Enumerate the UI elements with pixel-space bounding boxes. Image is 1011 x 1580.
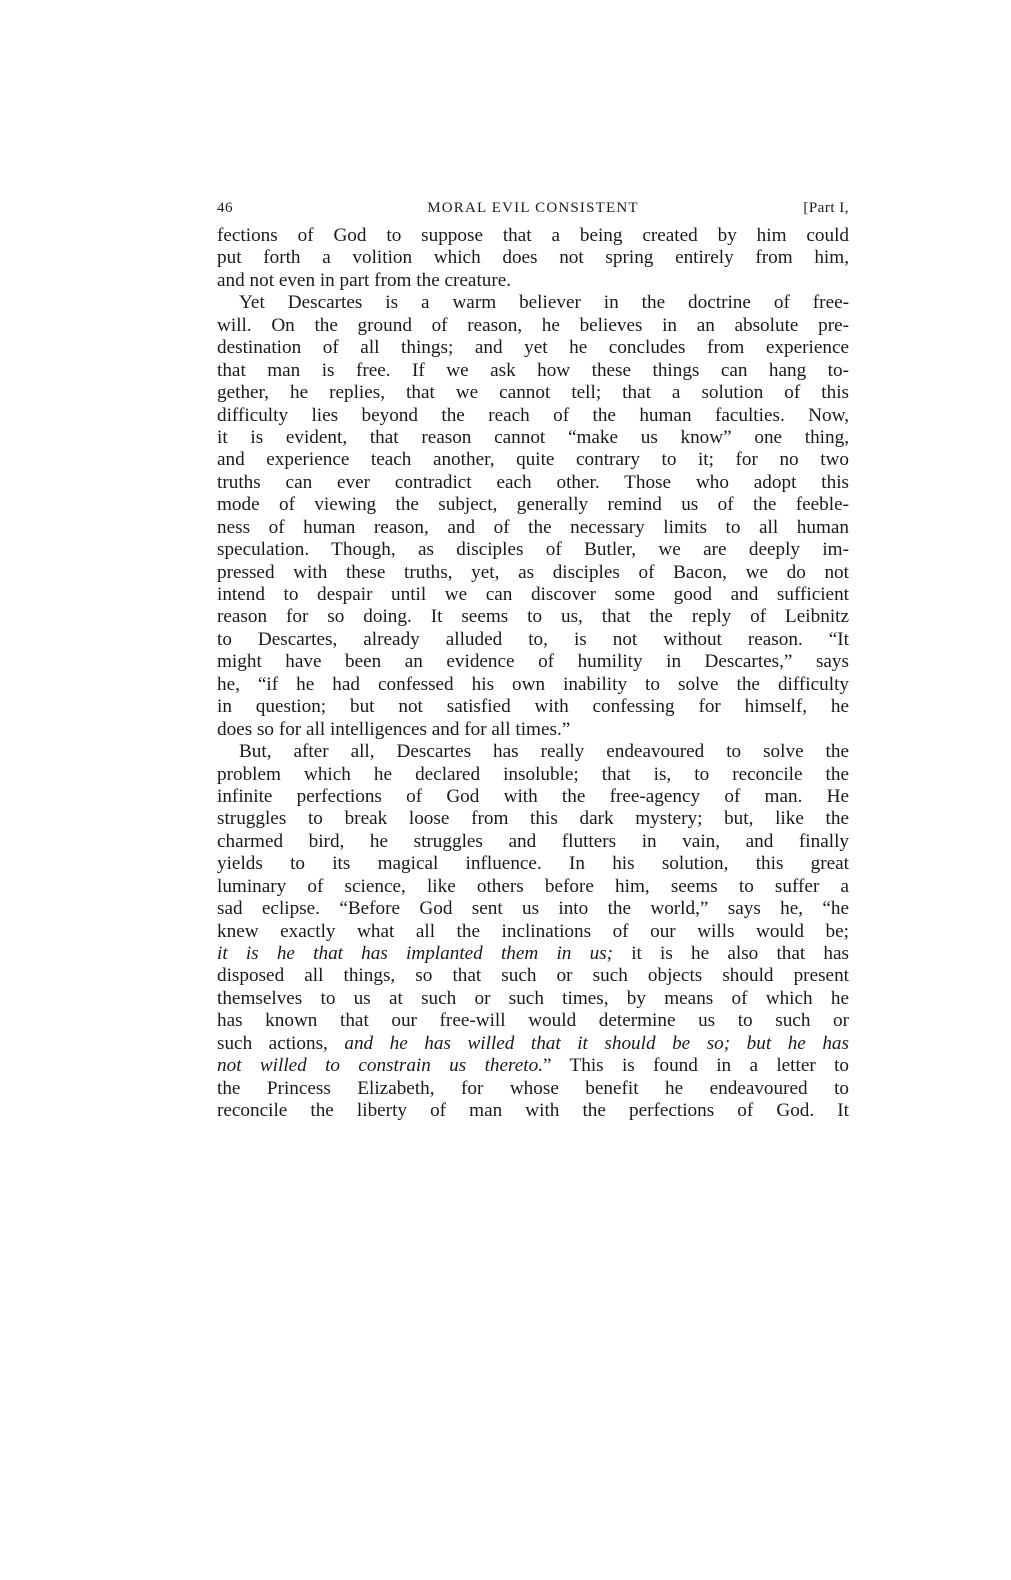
text-line: the Princess Elizabeth, for whose benefi… <box>217 1078 849 1100</box>
running-head: 46 MORAL EVIL CONSISTENT [Part I, <box>217 200 849 222</box>
text-segment: mode of viewing the subject, generally r… <box>217 494 849 515</box>
text-line: does so for all intelligences and for al… <box>217 719 849 741</box>
text-line: has known that our free-will would deter… <box>217 1010 849 1032</box>
text-line: such actions, and he has willed that it … <box>217 1033 849 1055</box>
text-line: themselves to us at such or such times, … <box>217 988 849 1010</box>
text-segment: ” This is found in a letter to <box>543 1055 849 1076</box>
text-line: and not even in part from the creature. <box>217 270 849 292</box>
text-line: truths can ever contradict each other. T… <box>217 472 849 494</box>
text-segment: in question; but not satisfied with conf… <box>217 696 849 717</box>
text-segment: it is evident, that reason cannot “make … <box>217 427 849 448</box>
text-line: infinite perfections of God with the fre… <box>217 786 849 808</box>
text-line: difficulty lies beyond the reach of the … <box>217 405 849 427</box>
text-line: not willed to constrain us thereto.” Thi… <box>217 1055 849 1077</box>
running-title: MORAL EVIL CONSISTENT <box>217 200 849 217</box>
text-segment: difficulty lies beyond the reach of the … <box>217 405 849 426</box>
text-line: destination of all things; and yet he co… <box>217 337 849 359</box>
text-segment: might have been an evidence of humility … <box>217 651 849 672</box>
text-segment: reconcile the liberty of man with the pe… <box>217 1100 849 1121</box>
text-segment: that man is free. If we ask how these th… <box>217 360 849 381</box>
text-segment: gether, he replies, that we cannot tell;… <box>217 382 849 403</box>
text-line: speculation. Though, as disciples of But… <box>217 539 849 561</box>
text-segment: Yet Descartes is a warm believer in the … <box>239 292 849 313</box>
text-line: to Descartes, already alluded to, is not… <box>217 629 849 651</box>
text-segment: truths can ever contradict each other. T… <box>217 472 849 493</box>
text-segment: struggles to break loose from this dark … <box>217 808 849 829</box>
text-segment: themselves to us at such or such times, … <box>217 988 849 1009</box>
text-segment: will. On the ground of reason, he believ… <box>217 315 849 336</box>
text-segment: fections of God to suppose that a being … <box>217 225 849 246</box>
text-segment: intend to despair until we can discover … <box>217 584 849 605</box>
text-line: charmed bird, he struggles and flutters … <box>217 831 849 853</box>
text-line: yields to its magical influence. In his … <box>217 853 849 875</box>
text-segment: charmed bird, he struggles and flutters … <box>217 831 849 852</box>
text-segment: ness of human reason, and of the necessa… <box>217 517 849 538</box>
text-line: will. On the ground of reason, he believ… <box>217 315 849 337</box>
text-line: might have been an evidence of humility … <box>217 651 849 673</box>
text-segment: disposed all things, so that such or suc… <box>217 965 849 986</box>
text-segment: and experience teach another, quite cont… <box>217 449 849 470</box>
text-segment: speculation. Though, as disciples of But… <box>217 539 849 560</box>
text-line: struggles to break loose from this dark … <box>217 808 849 830</box>
text-line: knew exactly what all the inclinations o… <box>217 921 849 943</box>
text-segment: put forth a volition which does not spri… <box>217 247 849 268</box>
text-segment: has known that our free-will would deter… <box>217 1010 849 1031</box>
text-segment: luminary of science, like others before … <box>217 876 849 897</box>
text-segment: destination of all things; and yet he co… <box>217 337 849 358</box>
text-segment: to Descartes, already alluded to, is not… <box>217 629 849 650</box>
text-segment: and not even in part from the creature. <box>217 270 511 291</box>
text-line: pressed with these truths, yet, as disci… <box>217 562 849 584</box>
text-line: luminary of science, like others before … <box>217 876 849 898</box>
text-line: mode of viewing the subject, generally r… <box>217 494 849 516</box>
text-line: gether, he replies, that we cannot tell;… <box>217 382 849 404</box>
text-segment: the Princess Elizabeth, for whose benefi… <box>217 1078 849 1099</box>
text-segment: yields to its magical influence. In his … <box>217 853 849 874</box>
text-segment: infinite perfections of God with the fre… <box>217 786 849 807</box>
text-segment: it is he also that has <box>613 943 849 964</box>
text-segment: such actions, <box>217 1033 344 1054</box>
text-segment: he, “if he had confessed his own inabili… <box>217 674 849 695</box>
text-line: he, “if he had confessed his own inabili… <box>217 674 849 696</box>
text-segment: reason for so doing. It seems to us, tha… <box>217 606 849 627</box>
text-line: sad eclipse. “Before God sent us into th… <box>217 898 849 920</box>
body-text: fections of God to suppose that a being … <box>217 225 849 1123</box>
italic-quote: not willed to constrain us thereto. <box>217 1055 543 1076</box>
text-line: and experience teach another, quite cont… <box>217 449 849 471</box>
text-line: put forth a volition which does not spri… <box>217 247 849 269</box>
text-line: it is he that has implanted them in us; … <box>217 943 849 965</box>
text-line: that man is free. If we ask how these th… <box>217 360 849 382</box>
text-segment: But, after all, Descartes has really end… <box>239 741 849 762</box>
text-line: Yet Descartes is a warm believer in the … <box>217 292 849 314</box>
text-segment: knew exactly what all the inclinations o… <box>217 921 849 942</box>
text-line: problem which he declared insoluble; tha… <box>217 764 849 786</box>
text-line: But, after all, Descartes has really end… <box>217 741 849 763</box>
text-line: in question; but not satisfied with conf… <box>217 696 849 718</box>
text-segment: problem which he declared insoluble; tha… <box>217 764 849 785</box>
text-segment: pressed with these truths, yet, as disci… <box>217 562 849 583</box>
text-segment: sad eclipse. “Before God sent us into th… <box>217 898 849 919</box>
text-line: reason for so doing. It seems to us, tha… <box>217 606 849 628</box>
text-line: fections of God to suppose that a being … <box>217 225 849 247</box>
text-line: reconcile the liberty of man with the pe… <box>217 1100 849 1122</box>
text-line: ness of human reason, and of the necessa… <box>217 517 849 539</box>
italic-quote: and he has willed that it should be so; … <box>344 1033 849 1054</box>
text-line: it is evident, that reason cannot “make … <box>217 427 849 449</box>
part-label: [Part I, <box>803 200 849 217</box>
text-segment: does so for all intelligences and for al… <box>217 719 570 740</box>
italic-quote: it is he that has implanted them in us; <box>217 943 613 964</box>
text-line: intend to despair until we can discover … <box>217 584 849 606</box>
text-line: disposed all things, so that such or suc… <box>217 965 849 987</box>
